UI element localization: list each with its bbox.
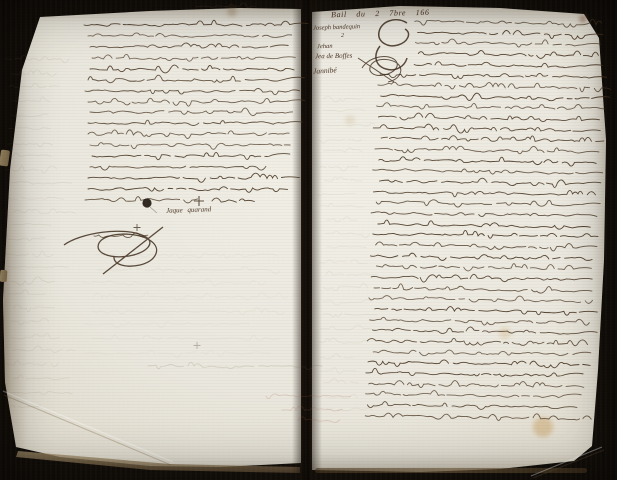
under-page-edge-bottom-right bbox=[315, 468, 587, 473]
manuscript-scan: Bail du 2 7bre 166 Joseph bandequin 2 Je… bbox=[0, 0, 617, 480]
top-tiny-marks bbox=[196, 3, 256, 8]
page-edge-tab bbox=[0, 149, 10, 166]
page-edge-tab bbox=[0, 270, 7, 282]
left-page-closing-name: Jaque quarand bbox=[166, 205, 211, 215]
margin-note-numeral: 2 bbox=[341, 33, 344, 39]
margin-note-jea-de-boffes: Jea de Boffes bbox=[315, 52, 352, 61]
margin-note-jannibe: Jannibé bbox=[313, 65, 337, 75]
margin-note-jehan: Jehan bbox=[317, 43, 333, 51]
